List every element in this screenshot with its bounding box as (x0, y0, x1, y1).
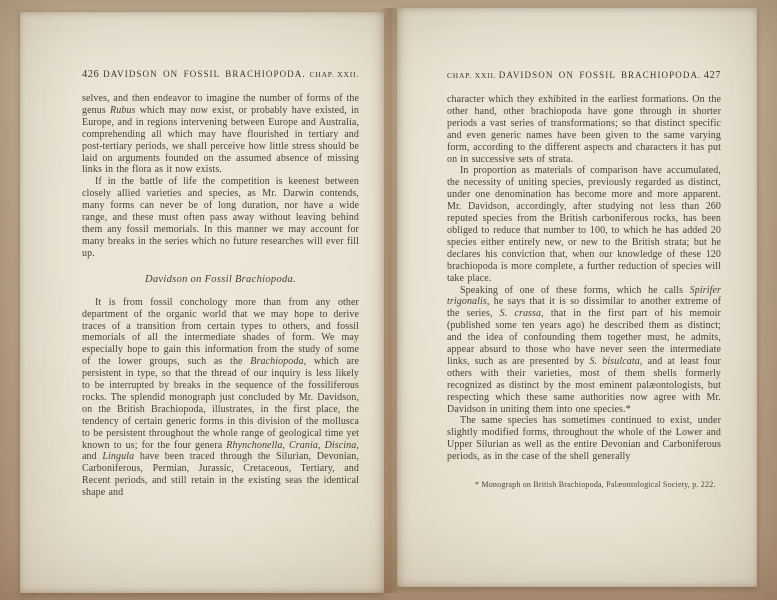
left-page: 426 DAVIDSON ON FOSSIL BRACHIOPODA. CHAP… (20, 12, 384, 593)
paragraph: Speaking of one of these forms, which he… (447, 285, 721, 416)
paragraph: It is from fossil conchology more than f… (82, 297, 359, 499)
right-page-content: CHAP. XXII. DAVIDSON ON FOSSIL BRACHIOPO… (447, 70, 721, 489)
left-page-header: 426 DAVIDSON ON FOSSIL BRACHIOPODA. CHAP… (82, 69, 359, 80)
left-page-body-bottom: It is from fossil conchology more than f… (82, 297, 359, 499)
book-spread-photo: 426 DAVIDSON ON FOSSIL BRACHIOPODA. CHAP… (0, 0, 777, 600)
page-number: 427 (704, 70, 721, 81)
chapter-label: CHAP. XXII. (447, 71, 496, 80)
paragraph: The same species has sometimes continued… (447, 415, 721, 463)
left-page-body-top: selves, and then endeavor to imagine the… (82, 93, 359, 260)
right-page-header: CHAP. XXII. DAVIDSON ON FOSSIL BRACHIOPO… (447, 70, 721, 81)
paragraph: If in the battle of life the competition… (82, 176, 359, 259)
right-page-body: character which they exhibited in the ea… (447, 94, 721, 463)
paragraph: selves, and then endeavor to imagine the… (82, 93, 359, 176)
section-heading: Davidson on Fossil Brachiopoda. (82, 274, 359, 285)
running-title: DAVIDSON ON FOSSIL BRACHIOPODA. (499, 70, 702, 80)
book-gutter (382, 8, 398, 593)
page-number: 426 (82, 69, 99, 80)
right-page: CHAP. XXII. DAVIDSON ON FOSSIL BRACHIOPO… (397, 8, 757, 587)
left-page-content: 426 DAVIDSON ON FOSSIL BRACHIOPODA. CHAP… (82, 69, 359, 499)
paragraph: character which they exhibited in the ea… (447, 94, 721, 165)
footnote: * Monograph on British Brachiopoda, Palæ… (447, 480, 721, 489)
running-title: DAVIDSON ON FOSSIL BRACHIOPODA. (103, 69, 306, 79)
chapter-label: CHAP. XXII. (310, 70, 359, 79)
paragraph: In proportion as materials of comparison… (447, 165, 721, 284)
